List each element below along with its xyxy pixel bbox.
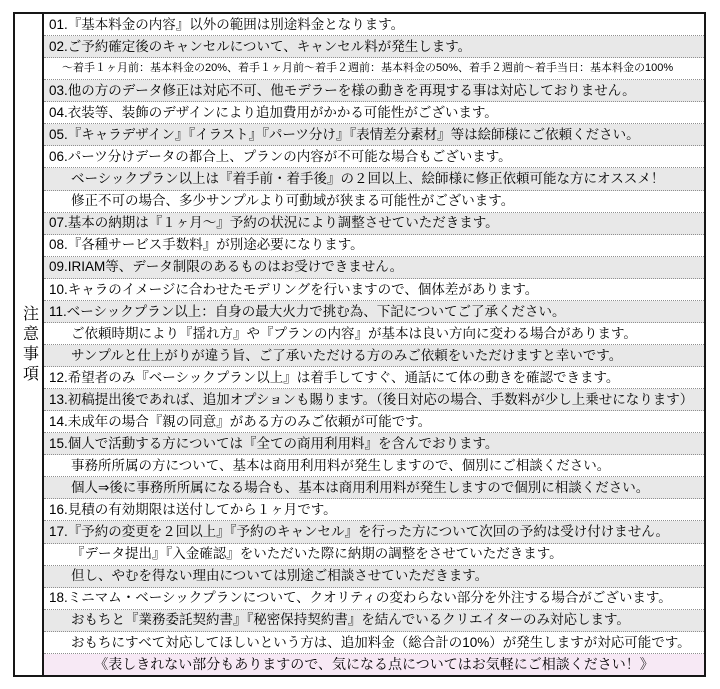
row-header-cell: 注意事項: [15, 14, 44, 675]
table-row: 15.個人で活動する方については『全ての商用利用料』を含んでおります。: [44, 433, 704, 455]
table-row: 01.『基本料金の内容』以外の範囲は別途料金となります。: [44, 14, 704, 36]
table-row: 14.未成年の場合『親の同意』がある方のみご依頼が可能です。: [44, 411, 704, 433]
row-text: 02.ご予約確定後のキャンセルについて、キャンセル料が発生します。: [49, 40, 471, 54]
row-text: 18.ミニマム・ベーシックプランについて、クオリティの変わらない部分を外注する場…: [49, 591, 672, 605]
table-row: ご依頼時期により『揺れ方』や『プランの内容』が基本は良い方向に変わる場合がありま…: [44, 323, 704, 345]
notes-sheet: 注意事項 01.『基本料金の内容』以外の範囲は別途料金となります。02.ご予約確…: [0, 0, 720, 689]
row-text: 03.他の方のデータ修正は対応不可、他モデラーを様の動きを再現する事は対応してお…: [49, 84, 636, 98]
row-text: ベーシックプラン以上は『着手前・着手後』の２回以上、絵師様に修正依頼可能な方にオ…: [71, 172, 664, 186]
row-text: 05.『キャラデザイン』『イラスト』『パーツ分け』『表情差分素材』等は絵師様にご…: [49, 128, 640, 142]
row-text: ご依頼時期により『揺れ方』や『プランの内容』が基本は良い方向に変わる場合がありま…: [71, 327, 637, 341]
table-row: 『データ提出』『入金確認』をいただいた際に納期の調整をさせていただきます。: [44, 544, 704, 566]
table-row: 04.衣装等、装飾のデザインにより追加費用がかかる可能性がございます。: [44, 102, 704, 124]
row-text: 事務所所属の方について、基本は商用利用料が発生しますので、個別にご相談ください。: [71, 459, 610, 473]
row-text: 09.IRIAM等、データ制限のあるものはお受けできません。: [49, 260, 403, 274]
table-row: 07.基本の納期は『１ヶ月～』予約の状況により調整させていただきます。: [44, 213, 704, 235]
row-text: 04.衣装等、装飾のデザインにより追加費用がかかる可能性がございます。: [49, 106, 498, 120]
table-row: 17.『予約の変更を２回以上』『予約のキャンセル』を行った方について次回の予約は…: [44, 521, 704, 543]
table-row: サンプルと仕上がりが違う旨、ご了承いただける方のみご依頼をいただけますと幸いです…: [44, 345, 704, 367]
row-text: 但し、やむを得ない理由については別途ご相談させていただきます。: [71, 569, 488, 583]
table-row: 但し、やむを得ない理由については別途ご相談させていただきます。: [44, 566, 704, 588]
table-row: 11.ベーシックプラン以上：自身の最大火力で挑む為、下記についてご了承ください。: [44, 301, 704, 323]
row-text: 11.ベーシックプラン以上：自身の最大火力で挑む為、下記についてご了承ください。: [49, 305, 565, 319]
table-row: 12.希望者のみ『ベーシックプラン以上』は着手してすぐ、通話にて体の動きを確認で…: [44, 367, 704, 389]
table-row: 《表しきれない部分もありますので、気になる点についてはお気軽にご相談ください！》: [44, 654, 704, 675]
table-row: 08.『各種サービス手数料』が別途必要になります。: [44, 235, 704, 257]
row-text: 16.見積の有効期限は送付してから１ヶ月です。: [49, 503, 337, 517]
table-row: 16.見積の有効期限は送付してから１ヶ月です。: [44, 499, 704, 521]
row-text: ～着手１ヶ月前：基本料金の20%、着手１ヶ月前～着手２週前：基本料金の50%、着…: [62, 63, 673, 74]
table-row: 02.ご予約確定後のキャンセルについて、キャンセル料が発生します。: [44, 36, 704, 58]
row-text: 15.個人で活動する方については『全ての商用利用料』を含んでおります。: [49, 437, 498, 451]
table-row: 06.パーツ分けデータの都合上、プランの内容が不可能な場合もございます。: [44, 146, 704, 168]
row-text: 《表しきれない部分もありますので、気になる点についてはお気軽にご相談ください！》: [94, 657, 653, 671]
row-text: 12.希望者のみ『ベーシックプラン以上』は着手してすぐ、通話にて体の動きを確認で…: [49, 371, 619, 385]
table-row: 10.キャラのイメージに合わせたモデリングを行いますので、個体差があります。: [44, 279, 704, 301]
table-row: 05.『キャラデザイン』『イラスト』『パーツ分け』『表情差分素材』等は絵師様にご…: [44, 124, 704, 146]
row-text: 『データ提出』『入金確認』をいただいた際に納期の調整をさせていただきます。: [71, 547, 563, 561]
row-text: 17.『予約の変更を２回以上』『予約のキャンセル』を行った方について次回の予約は…: [49, 525, 669, 539]
row-text: おもちにすべて対応してほしいという方は、追加料金（総合計の10%）が発生しますが…: [71, 636, 691, 650]
row-text: 修正不可の場合、多少サンプルより可動域が狭まる可能性がございます。: [71, 194, 514, 208]
table-row: 個人⇒後に事務所所属になる場合も、基本は商用利用料が発生しますので個別に相談くだ…: [44, 477, 704, 499]
row-text: 13.初稿提出後であれば、追加オプションも賜ります。（後日対応の場合、手数料が少…: [49, 393, 693, 407]
table-row: おもちにすべて対応してほしいという方は、追加料金（総合計の10%）が発生しますが…: [44, 632, 704, 654]
table-row: ～着手１ヶ月前：基本料金の20%、着手１ヶ月前～着手２週前：基本料金の50%、着…: [44, 58, 704, 80]
table-row: 修正不可の場合、多少サンプルより可動域が狭まる可能性がございます。: [44, 191, 704, 213]
table-row: 事務所所属の方について、基本は商用利用料が発生しますので、個別にご相談ください。: [44, 455, 704, 477]
table-row: 18.ミニマム・ベーシックプランについて、クオリティの変わらない部分を外注する場…: [44, 588, 704, 610]
row-text: サンプルと仕上がりが違う旨、ご了承いただける方のみご依頼をいただけますと幸いです…: [71, 349, 622, 363]
row-text: 10.キャラのイメージに合わせたモデリングを行いますので、個体差があります。: [49, 283, 538, 297]
table-row: ベーシックプラン以上は『着手前・着手後』の２回以上、絵師様に修正依頼可能な方にオ…: [44, 168, 704, 190]
table-row: おもちと『業務委託契約書』『秘密保持契約書』を結んでいるクリエイターのみ対応しま…: [44, 610, 704, 632]
row-text: おもちと『業務委託契約書』『秘密保持契約書』を結んでいるクリエイターのみ対応しま…: [71, 613, 630, 627]
row-text: 14.未成年の場合『親の同意』がある方のみご依頼が可能です。: [49, 415, 431, 429]
notes-table: 注意事項 01.『基本料金の内容』以外の範囲は別途料金となります。02.ご予約確…: [13, 12, 706, 677]
table-row: 03.他の方のデータ修正は対応不可、他モデラーを様の動きを再現する事は対応してお…: [44, 80, 704, 102]
notes-header-label: 注意事項: [21, 305, 37, 385]
row-text: 01.『基本料金の内容』以外の範囲は別途料金となります。: [49, 18, 404, 32]
table-row: 13.初稿提出後であれば、追加オプションも賜ります。（後日対応の場合、手数料が少…: [44, 389, 704, 411]
row-text: 07.基本の納期は『１ヶ月～』予約の状況により調整させていただきます。: [49, 216, 499, 230]
row-text: 06.パーツ分けデータの都合上、プランの内容が不可能な場合もございます。: [49, 150, 512, 164]
table-row: 09.IRIAM等、データ制限のあるものはお受けできません。: [44, 257, 704, 279]
row-text: 08.『各種サービス手数料』が別途必要になります。: [49, 238, 364, 252]
notes-table-body: 01.『基本料金の内容』以外の範囲は別途料金となります。02.ご予約確定後のキャ…: [44, 14, 704, 675]
row-text: 個人⇒後に事務所所属になる場合も、基本は商用利用料が発生しますので個別に相談くだ…: [71, 481, 649, 495]
